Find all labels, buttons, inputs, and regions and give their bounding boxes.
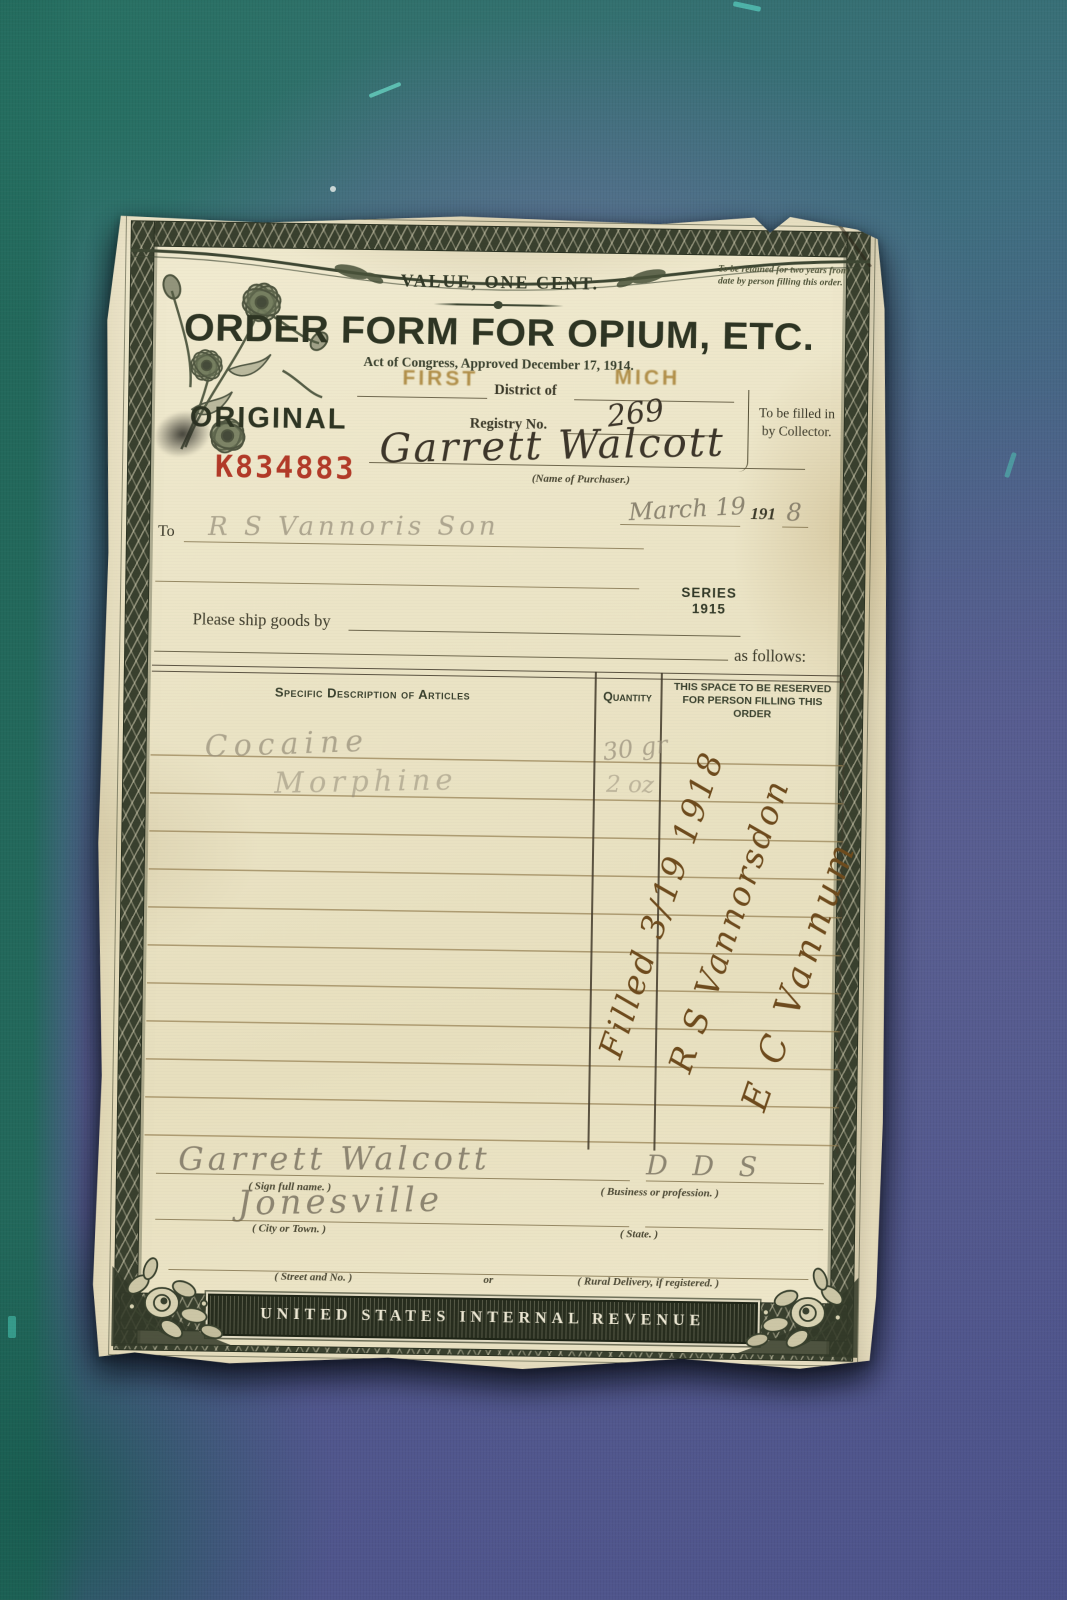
paper-sheet: VALUE, ONE CENT. ORDER FORM FOR OPIUM, E… bbox=[87, 204, 897, 1378]
district-blank-left bbox=[357, 380, 487, 399]
floral-corner-ornament bbox=[107, 1206, 241, 1348]
to-handwriting: R S Vannoris Son bbox=[208, 512, 500, 543]
floral-corner-ornament bbox=[729, 1216, 863, 1358]
original-label: ORIGINAL bbox=[190, 401, 348, 436]
retention-note: To be retained for two years from date b… bbox=[718, 263, 848, 290]
ship-label: Please ship goods by bbox=[193, 609, 331, 631]
year-blank bbox=[782, 511, 808, 528]
collector-note: To be filled in by Collector. bbox=[754, 404, 841, 440]
serial-number: K834883 bbox=[215, 450, 356, 487]
fabric-scratch bbox=[8, 1316, 16, 1338]
column-header-quantity: Quantity bbox=[594, 690, 660, 705]
fabric-scratch bbox=[330, 186, 336, 192]
series-year: 1915 bbox=[659, 601, 759, 618]
row-description: Cocaine bbox=[204, 724, 370, 765]
year-printed: 191 bbox=[750, 504, 776, 524]
or-label: or bbox=[468, 1274, 508, 1287]
purchaser-name-handwriting: Garrett Walcott bbox=[379, 420, 725, 473]
to-label: To bbox=[158, 523, 175, 541]
row-quantity: 2 oz bbox=[606, 772, 654, 799]
order-form-document: VALUE, ONE CENT. ORDER FORM FOR OPIUM, E… bbox=[87, 204, 897, 1378]
profession-blank bbox=[646, 1164, 824, 1184]
column-header-reserved: THIS SPACE TO BE RESERVED FOR PERSON FIL… bbox=[669, 681, 836, 723]
internal-revenue-banner: UNITED STATES INTERNAL REVENUE bbox=[207, 1294, 758, 1345]
state-caption: ( State. ) bbox=[569, 1227, 709, 1241]
row-description: Morphine bbox=[274, 762, 458, 800]
series-word: SERIES bbox=[659, 585, 759, 602]
as-follows-label: as follows: bbox=[734, 646, 806, 667]
district-label: District of bbox=[494, 382, 557, 400]
